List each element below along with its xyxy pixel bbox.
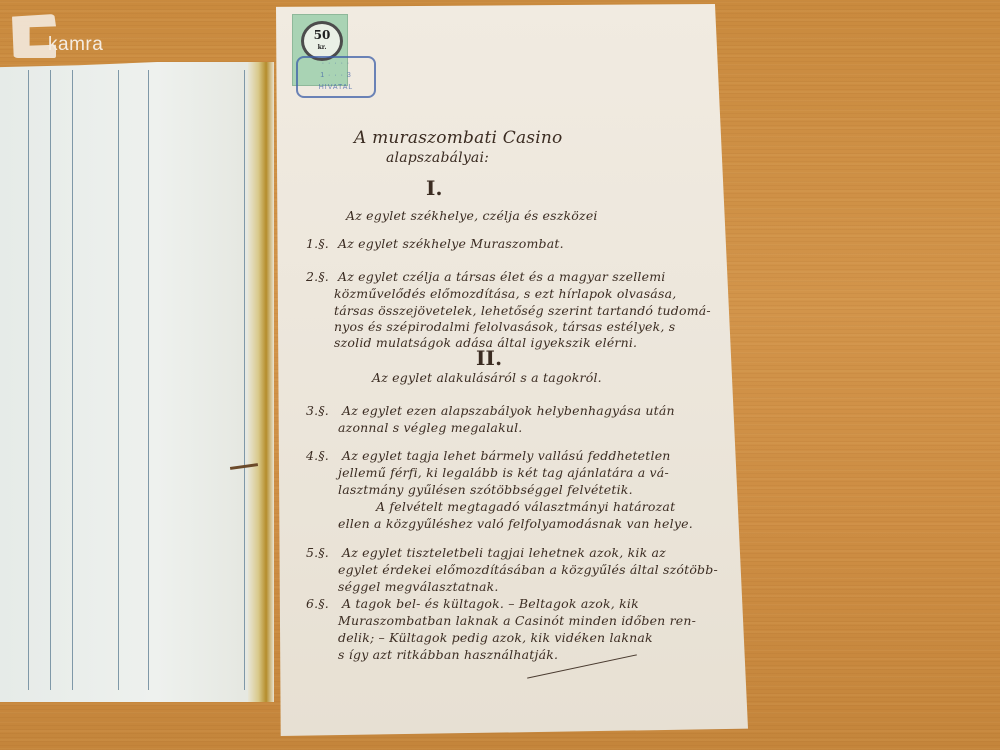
paragraph-line: Az egylet székhelye Muraszombat. xyxy=(338,236,564,251)
stamp-portrait-oval: 50 kr. xyxy=(301,21,343,61)
paragraph-number: 1.§. xyxy=(306,236,329,251)
paragraph-line: s így azt ritkábban használhatják. xyxy=(338,647,558,662)
paragraph-line: Az egylet tagja lehet bármely vallású fe… xyxy=(342,448,671,463)
postmark: · · · · · 1 · · · 3 HIVATAL xyxy=(296,56,376,98)
paragraph-line: Az egylet ezen alapszabályok helybenhagy… xyxy=(342,403,675,418)
ledger-rule xyxy=(148,70,149,690)
ledger-rule xyxy=(118,70,119,690)
ledger-rule xyxy=(244,70,245,690)
paragraph-line: egylet érdekei előmozdításában a közgyűl… xyxy=(338,562,718,577)
ledger-rule xyxy=(72,70,73,690)
left-ledger-page xyxy=(0,62,262,702)
paragraph-line: lasztmány gyűlésen szótöbbséggel felvéte… xyxy=(338,482,633,497)
paragraph-line: Muraszombatban laknak a Casinót minden i… xyxy=(338,613,696,628)
paragraph-line: ellen a közgyűléshez való felfolyamodásn… xyxy=(338,516,693,531)
paragraph-line: delik; – Kültagok pedig azok, kik vidéke… xyxy=(338,630,653,645)
paragraph-line: A felvételt megtagadó választmányi határ… xyxy=(376,499,675,514)
section-numeral: II. xyxy=(476,346,502,370)
paragraph-line: Az egylet tiszteletbeli tagjai lehetnek … xyxy=(342,545,666,560)
ledger-rule xyxy=(28,70,29,690)
paragraph-line: közművelődés előmozdítása, s ezt hírlapo… xyxy=(334,286,676,301)
paragraph-line: Az egylet czélja a társas élet és a magy… xyxy=(338,269,665,284)
paragraph-number: 3.§. xyxy=(306,403,329,418)
binding-spine xyxy=(248,62,274,702)
kamra-watermark-logo: kamra xyxy=(12,14,122,62)
paragraph-line: azonnal s végleg megalakul. xyxy=(338,420,522,435)
section-heading: Az egylet székhelye, czélja és eszközei xyxy=(346,208,598,223)
paragraph-line: jellemű férfi, ki legalább is két tag aj… xyxy=(338,465,669,480)
paragraph-line: A tagok bel- és kültagok. – Beltagok azo… xyxy=(342,596,639,611)
section-numeral: I. xyxy=(426,176,443,200)
paragraph-line: nyos és szépirodalmi felolvasások, társa… xyxy=(334,319,675,334)
logo-text: kamra xyxy=(48,34,103,56)
paragraph-number: 4.§. xyxy=(306,448,329,463)
document-subtitle: alapszabályai: xyxy=(386,150,489,166)
document-title: A muraszombati Casino xyxy=(354,128,562,148)
stamp-value: 50 xyxy=(314,28,331,42)
paragraph-line: társas összejövetelek, lehetőség szerint… xyxy=(334,303,711,318)
document-page: 50 kr. · · · · · 1 · · · 3 HIVATAL A mur… xyxy=(276,4,748,736)
paragraph-number: 5.§. xyxy=(306,545,329,560)
paragraph-number: 2.§. xyxy=(306,269,329,284)
stamp-unit: kr. xyxy=(304,46,340,50)
paragraph-number: 6.§. xyxy=(306,596,329,611)
ledger-rule xyxy=(50,70,51,690)
paragraph-line: séggel megválasztatnak. xyxy=(338,579,499,594)
section-heading: Az egylet alakulásáról s a tagokról. xyxy=(372,370,602,385)
